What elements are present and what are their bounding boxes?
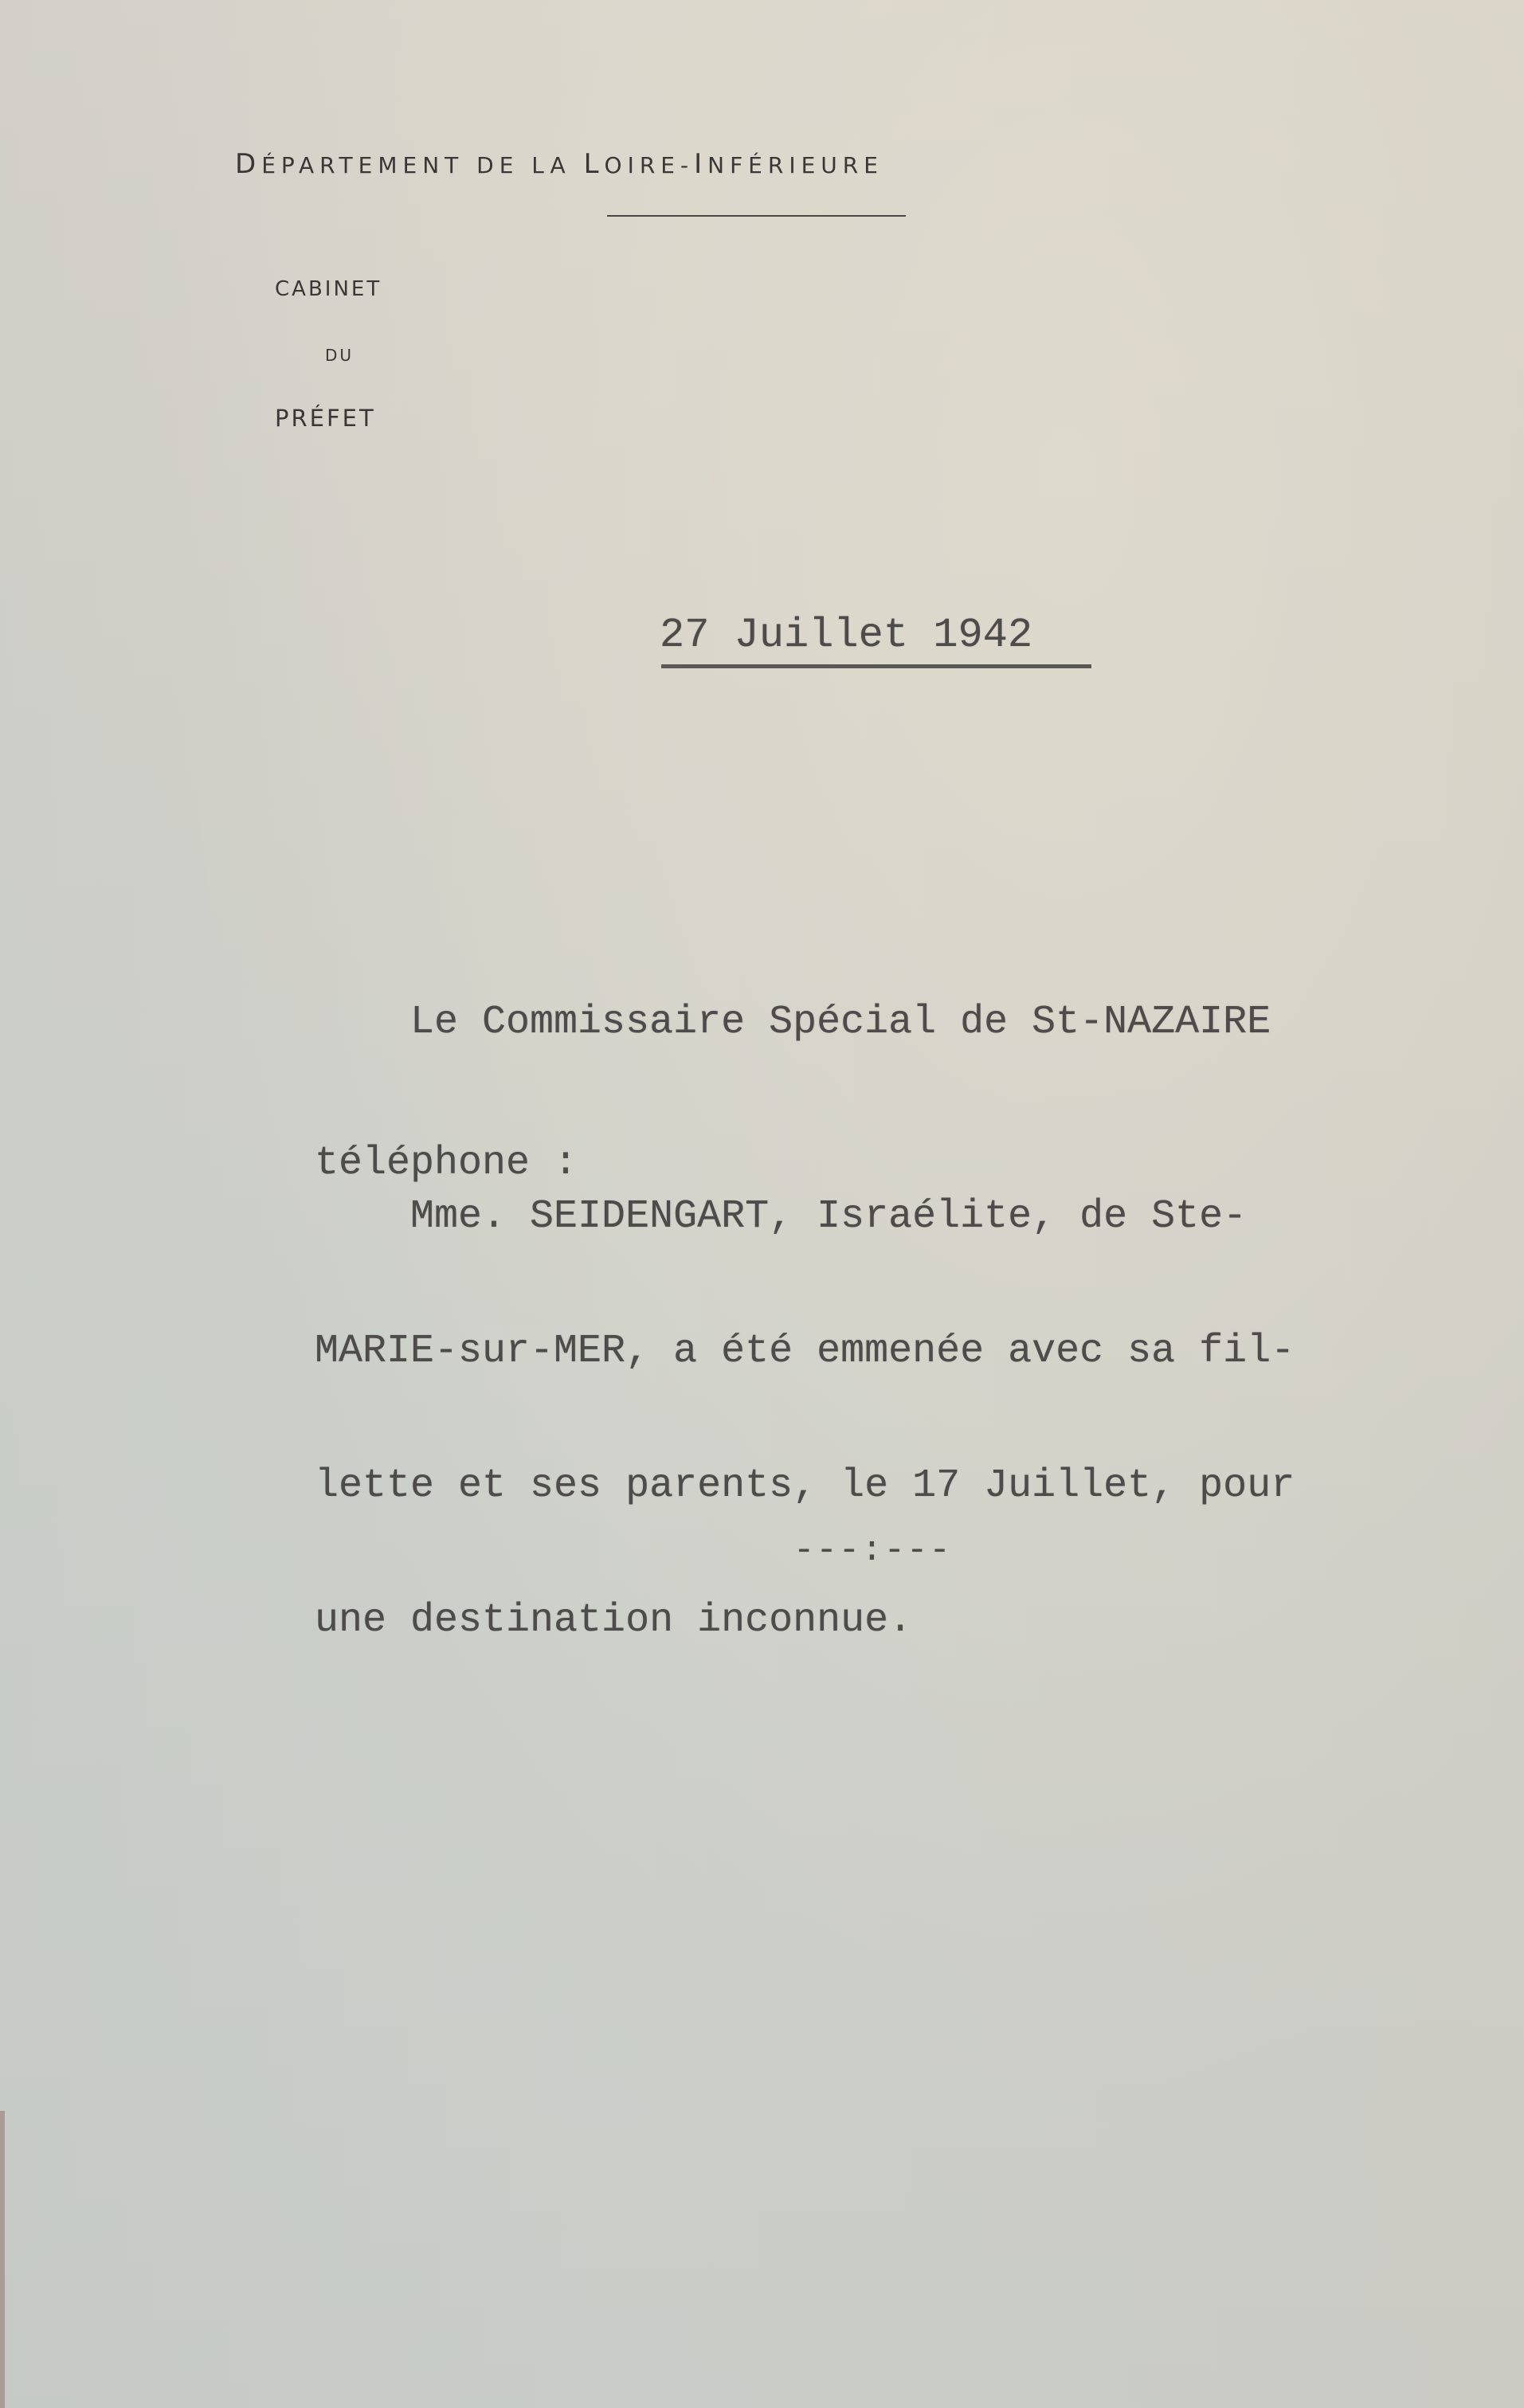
prefet-label: PRÉFET xyxy=(275,405,376,432)
letterhead-dep-rest: ÉPARTEMENT DE LA xyxy=(261,152,583,178)
closing-mark: ---:--- xyxy=(793,1528,952,1575)
paragraph-2-line: une destination inconnue. xyxy=(315,1597,1295,1644)
paragraph-2-line: Mme. SEIDENGART, Israélite, de Ste- xyxy=(315,1193,1295,1240)
letterhead-loire-initial: L xyxy=(584,148,605,180)
letterhead-rule xyxy=(607,215,906,217)
letterhead-loire-rest: OIRE- xyxy=(605,152,695,178)
paragraph-2-line: lette et ses parents, le 17 Juillet, pou… xyxy=(315,1462,1295,1509)
date-underline xyxy=(661,664,1091,668)
letterhead-inf-rest: NFÉRIEURE xyxy=(707,152,883,178)
paragraph-2-line: MARIE-sur-MER, a été emmenée avec sa fil… xyxy=(315,1328,1295,1375)
document-date: 27 Juillet 1942 xyxy=(660,612,1032,659)
cabinet-label: CABINET xyxy=(275,277,382,301)
letterhead-inf-initial: I xyxy=(694,148,707,180)
paragraph-1-line: Le Commissaire Spécial de St-NAZAIRE xyxy=(315,999,1271,1046)
paragraph-2: Mme. SEIDENGART, Israélite, de Ste- MARI… xyxy=(315,1099,1295,1691)
paper-edge xyxy=(0,2111,5,2408)
cabinet-du-label: DU xyxy=(325,346,354,365)
letterhead-dep-initial: D xyxy=(235,148,261,180)
letterhead-title: DÉPARTEMENT DE LA LOIRE-INFÉRIEURE xyxy=(235,148,883,180)
